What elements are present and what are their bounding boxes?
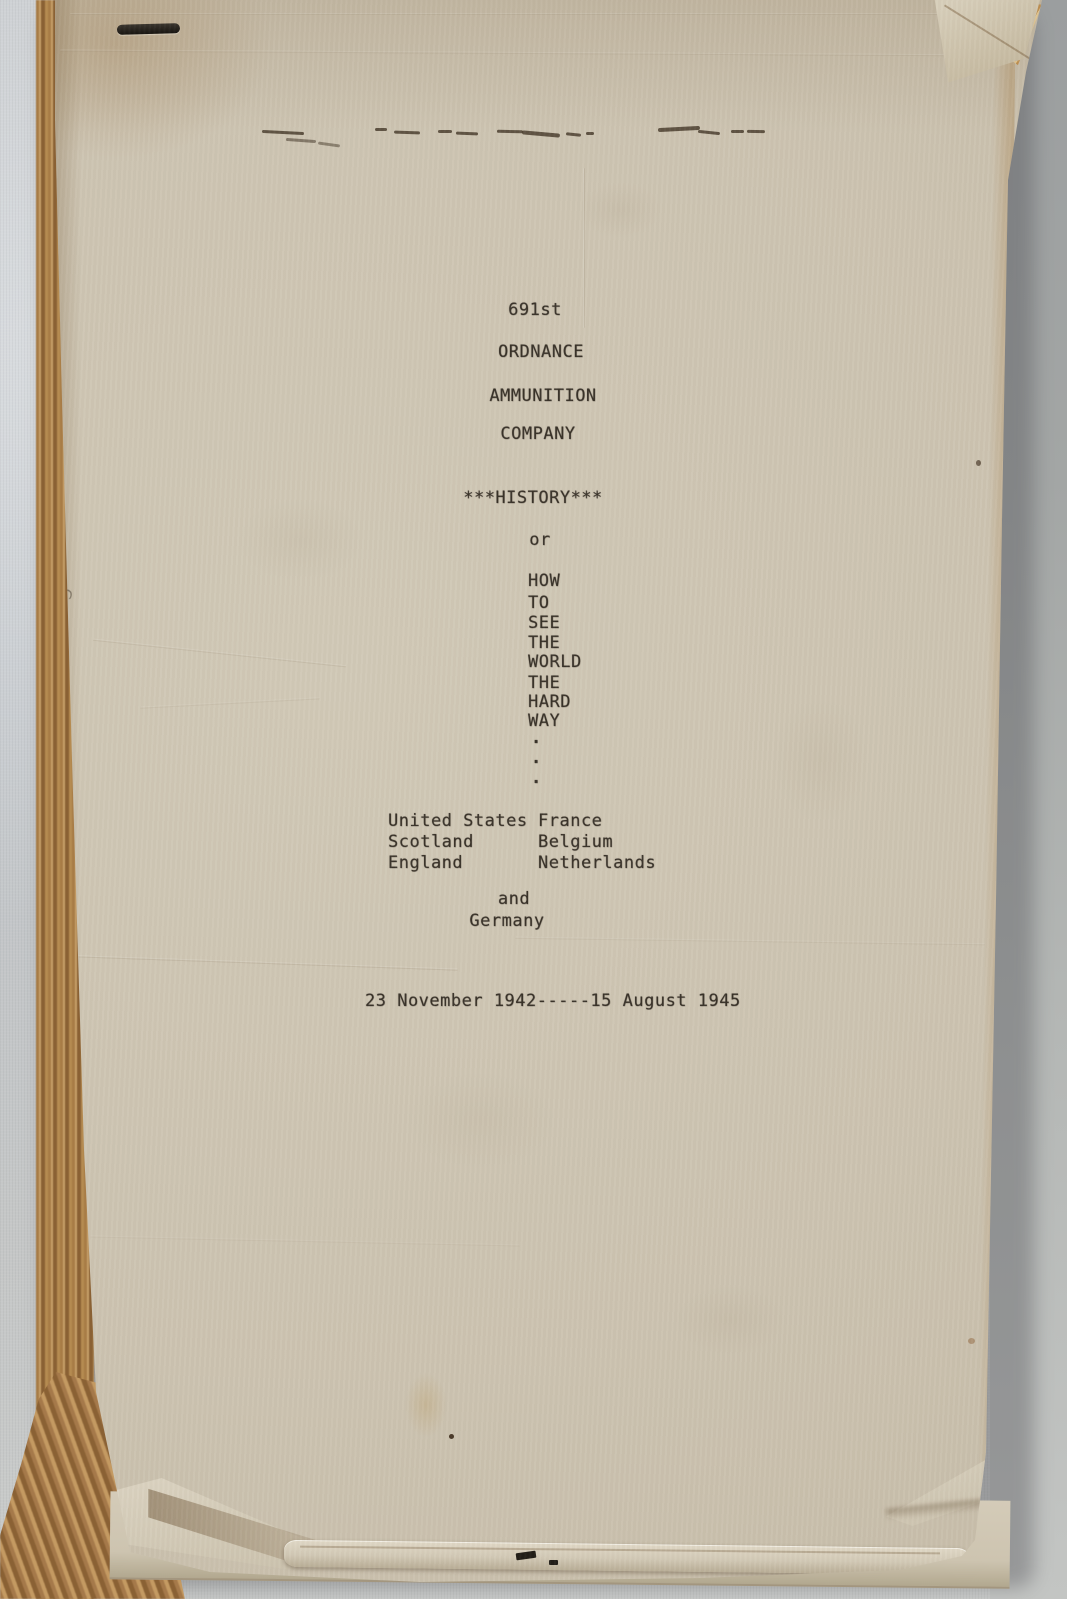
ellipsis-dot: . xyxy=(531,748,542,768)
print-fragment xyxy=(549,1560,558,1565)
crease-crack xyxy=(747,130,765,133)
corner-discoloration xyxy=(40,0,340,220)
crease-crack xyxy=(586,132,594,135)
ink-speck xyxy=(449,1434,454,1439)
date-range: 23 November 1942-----15 August 1945 xyxy=(365,991,741,1011)
crease-crack xyxy=(497,130,523,133)
crease-line xyxy=(90,1235,520,1246)
crease-line xyxy=(93,639,347,668)
crease-crack xyxy=(394,131,420,135)
country-left: United States xyxy=(388,811,528,831)
title-line-ammunition: AMMUNITION xyxy=(489,386,596,406)
curled-bottom-edge xyxy=(284,1540,970,1575)
history-heading: ***HISTORY*** xyxy=(463,488,603,508)
crease-line xyxy=(515,937,985,946)
and-label: and xyxy=(498,889,530,909)
ink-speck xyxy=(976,460,981,466)
crease-line xyxy=(140,697,320,708)
crease-crack xyxy=(375,128,387,131)
tagline-line: HARD xyxy=(528,692,571,712)
unit-number-line: 691st xyxy=(508,300,562,320)
crease-crack xyxy=(456,132,478,136)
photo-of-document: G-668 691st ORDNANCE AMMUNITION COMPANY … xyxy=(0,0,1067,1599)
country-left: England xyxy=(388,853,463,873)
tagline-line: WORLD xyxy=(528,652,582,672)
country-right: France xyxy=(538,811,602,831)
crease-line xyxy=(78,955,458,970)
stain xyxy=(398,1362,454,1448)
staple xyxy=(117,23,180,35)
crease-crack xyxy=(566,132,581,137)
or-label: or xyxy=(529,530,550,550)
crease-crack xyxy=(731,130,744,133)
title-line-ordnance: ORDNANCE xyxy=(498,342,584,362)
title-line-company: COMPANY xyxy=(500,424,575,444)
ellipsis-dot: . xyxy=(531,768,542,788)
crease-crack xyxy=(438,130,452,133)
country-right: Netherlands xyxy=(538,853,656,873)
document-page: G-668 691st ORDNANCE AMMUNITION COMPANY … xyxy=(0,0,1067,1599)
country-left: Scotland xyxy=(388,832,474,852)
rust-speck xyxy=(968,1338,975,1344)
tagline-line: TO xyxy=(528,593,549,613)
final-country: Germany xyxy=(469,911,544,931)
crease-line xyxy=(583,168,585,328)
country-right: Belgium xyxy=(538,832,613,852)
ellipsis-dot: . xyxy=(531,728,542,748)
tagline-line: HOW xyxy=(528,571,560,591)
crease-line xyxy=(70,13,1035,15)
tagline-line: THE xyxy=(528,633,560,653)
tagline-line: SEE xyxy=(528,613,560,633)
tagline-line: THE xyxy=(528,673,560,693)
